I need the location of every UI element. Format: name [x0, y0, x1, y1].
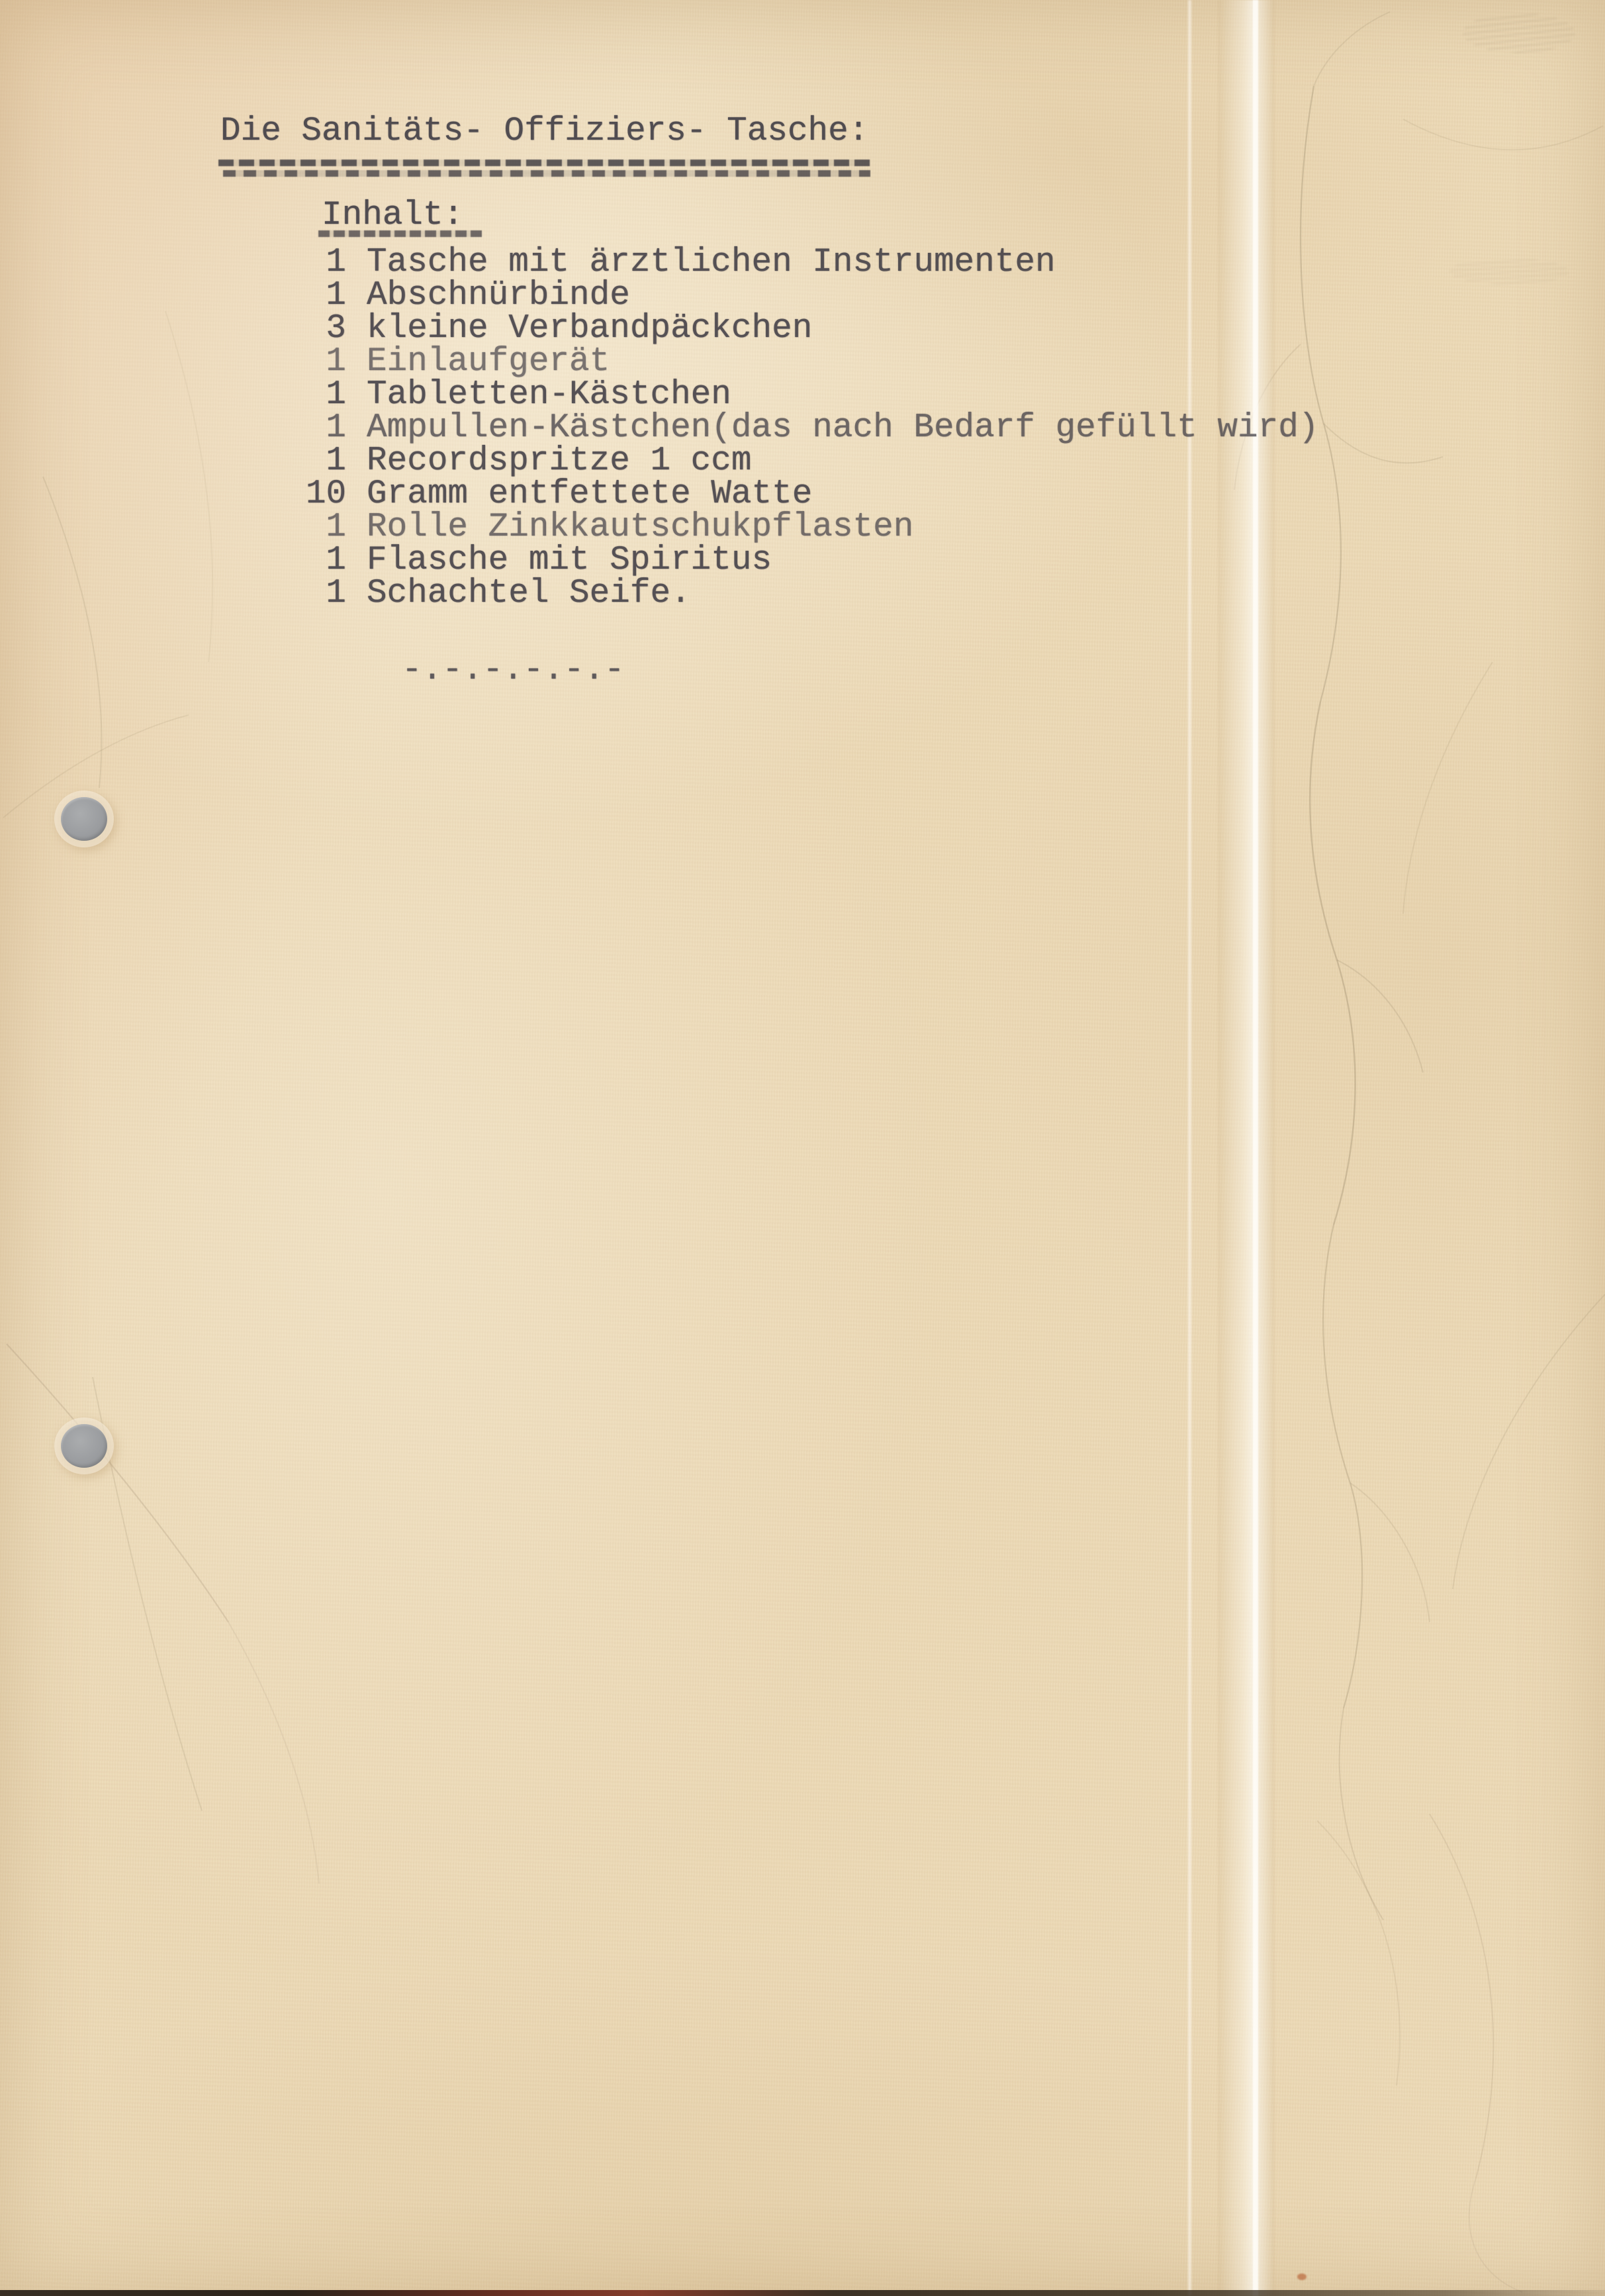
pencil-smudge-right — [1449, 258, 1569, 285]
list-item: 1Tasche mit ärztlichen Instrumenten — [306, 246, 1318, 279]
document-title: Die Sanitäts- Offiziers- Tasche: — [220, 115, 868, 148]
item-text: Flasche mit Spiritus — [367, 542, 772, 579]
item-text: Abschnürbinde — [367, 277, 630, 314]
item-text: Tasche mit ärztlichen Instrumenten — [367, 244, 1056, 281]
typewriter-divider: -.-.-.-.-.- — [402, 653, 625, 687]
list-item: 10Gramm entfettete Watte — [306, 478, 1318, 511]
list-item: 1Tabletten-Kästchen — [306, 379, 1318, 412]
item-text: Tabletten-Kästchen — [367, 376, 731, 414]
item-text: Einlaufgerät — [367, 343, 610, 381]
scanned-document-page: Die Sanitäts- Offiziers- Tasche: Inhalt:… — [0, 0, 1605, 2296]
list-item: 3kleine Verbandpäckchen — [306, 312, 1318, 346]
list-item: 1Schachtel Seife. — [306, 577, 1318, 610]
item-text: Ampullen-Kästchen(das nach Bedarf gefüll… — [367, 409, 1318, 447]
title-double-underline — [218, 160, 870, 177]
contents-heading: Inhalt: — [322, 199, 463, 232]
item-quantity: 1 — [306, 577, 367, 610]
inventory-list: 1Tasche mit ärztlichen Instrumenten 1Abs… — [306, 246, 1318, 610]
item-text: Rolle Zinkkautschukpflasten — [367, 508, 913, 546]
item-quantity: 1 — [306, 412, 367, 445]
list-item: 1Recordspritze 1 ccm — [306, 445, 1318, 478]
item-text: kleine Verbandpäckchen — [367, 310, 812, 348]
item-quantity: 1 — [306, 544, 367, 577]
list-item: 1Einlaufgerät — [306, 346, 1318, 379]
punch-hole-bottom — [61, 1424, 107, 1468]
item-text: Recordspritze 1 ccm — [367, 442, 752, 480]
punch-hole-top — [61, 797, 107, 841]
pencil-smudge-top-right — [1463, 13, 1575, 53]
list-item: 1Ampullen-Kästchen(das nach Bedarf gefül… — [306, 412, 1318, 445]
list-item: 1Flasche mit Spiritus — [306, 544, 1318, 577]
scan-bottom-edge — [0, 2290, 1605, 2296]
list-item: 1Abschnürbinde — [306, 279, 1318, 312]
rust-speck — [1297, 2273, 1307, 2280]
item-quantity: 1 — [306, 379, 367, 412]
item-quantity: 1 — [306, 279, 367, 312]
item-quantity: 1 — [306, 445, 367, 478]
item-quantity: 10 — [306, 478, 367, 511]
item-quantity: 1 — [306, 346, 367, 379]
item-text: Gramm entfettete Watte — [367, 475, 812, 513]
item-text: Schachtel Seife. — [367, 575, 691, 612]
item-quantity: 1 — [306, 511, 367, 544]
list-item: 1Rolle Zinkkautschukpflasten — [306, 511, 1318, 544]
item-quantity: 3 — [306, 312, 367, 346]
item-quantity: 1 — [306, 246, 367, 279]
contents-heading-underline — [318, 230, 482, 237]
